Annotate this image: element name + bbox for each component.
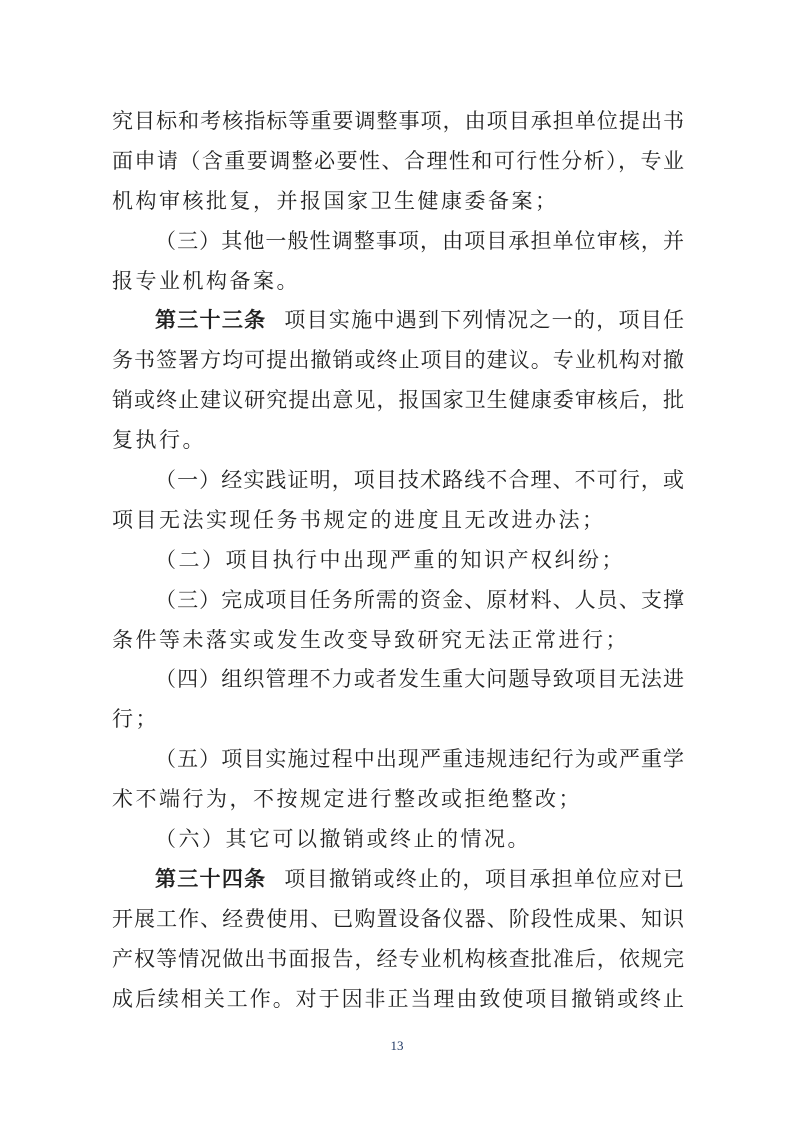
- text-line: （三）完成项目任务所需的资金、原材料、人员、支撑: [112, 581, 684, 621]
- text-line: 开展工作、经费使用、已购置设备仪器、阶段性成果、知识: [112, 900, 684, 940]
- document-page: 究目标和考核指标等重要调整事项，由项目承担单位提出书 面申请（含重要调整必要性、…: [0, 0, 794, 1123]
- text-line: 成后续相关工作。对于因非正当理由致使项目撤销或终止: [112, 980, 684, 1020]
- text-line: 报专业机构备案。: [112, 262, 684, 302]
- page-number: 13: [0, 1037, 794, 1055]
- article-number: 第三十三条: [155, 309, 266, 332]
- text-line: （一）经实践证明，项目技术路线不合理、不可行，或: [112, 461, 684, 501]
- text-line: 行；: [112, 700, 684, 740]
- text-line: 机构审核批复，并报国家卫生健康委备案；: [112, 182, 684, 222]
- text-line: 复执行。: [112, 421, 684, 461]
- text-line: 项目无法实现任务书规定的进度且无改进办法；: [112, 501, 684, 541]
- article-body-text: 项目撤销或终止的，项目承担单位应对已: [284, 867, 684, 891]
- text-line: 术不端行为，不按规定进行整改或拒绝整改；: [112, 780, 684, 820]
- text-line: 务书签署方均可提出撤销或终止项目的建议。专业机构对撤: [112, 341, 684, 381]
- text-line: 销或终止建议研究提出意见，报国家卫生健康委审核后，批: [112, 381, 684, 421]
- text-line: 面申请（含重要调整必要性、合理性和可行性分析），专业: [112, 142, 684, 182]
- text-line: 究目标和考核指标等重要调整事项，由项目承担单位提出书: [112, 102, 684, 142]
- text-line: （六）其它可以撤销或终止的情况。: [112, 820, 684, 860]
- text-line: （五）项目实施过程中出现严重违规违纪行为或严重学: [112, 740, 684, 780]
- text-line: （四）组织管理不力或者发生重大问题导致项目无法进: [112, 660, 684, 700]
- text-line: 第三十四条项目撤销或终止的，项目承担单位应对已: [112, 860, 684, 900]
- article-body-text: 项目实施中遇到下列情况之一的，项目任: [284, 308, 684, 332]
- text-line: （二）项目执行中出现严重的知识产权纠纷；: [112, 541, 684, 581]
- text-line: 条件等未落实或发生改变导致研究无法正常进行；: [112, 621, 684, 661]
- text-line: 产权等情况做出书面报告，经专业机构核查批准后，依规完: [112, 940, 684, 980]
- article-number: 第三十四条: [155, 868, 266, 891]
- text-line: （三）其他一般性调整事项，由项目承担单位审核，并: [112, 222, 684, 262]
- text-block: 究目标和考核指标等重要调整事项，由项目承担单位提出书 面申请（含重要调整必要性、…: [112, 102, 684, 1019]
- text-line: 第三十三条项目实施中遇到下列情况之一的，项目任: [112, 301, 684, 341]
